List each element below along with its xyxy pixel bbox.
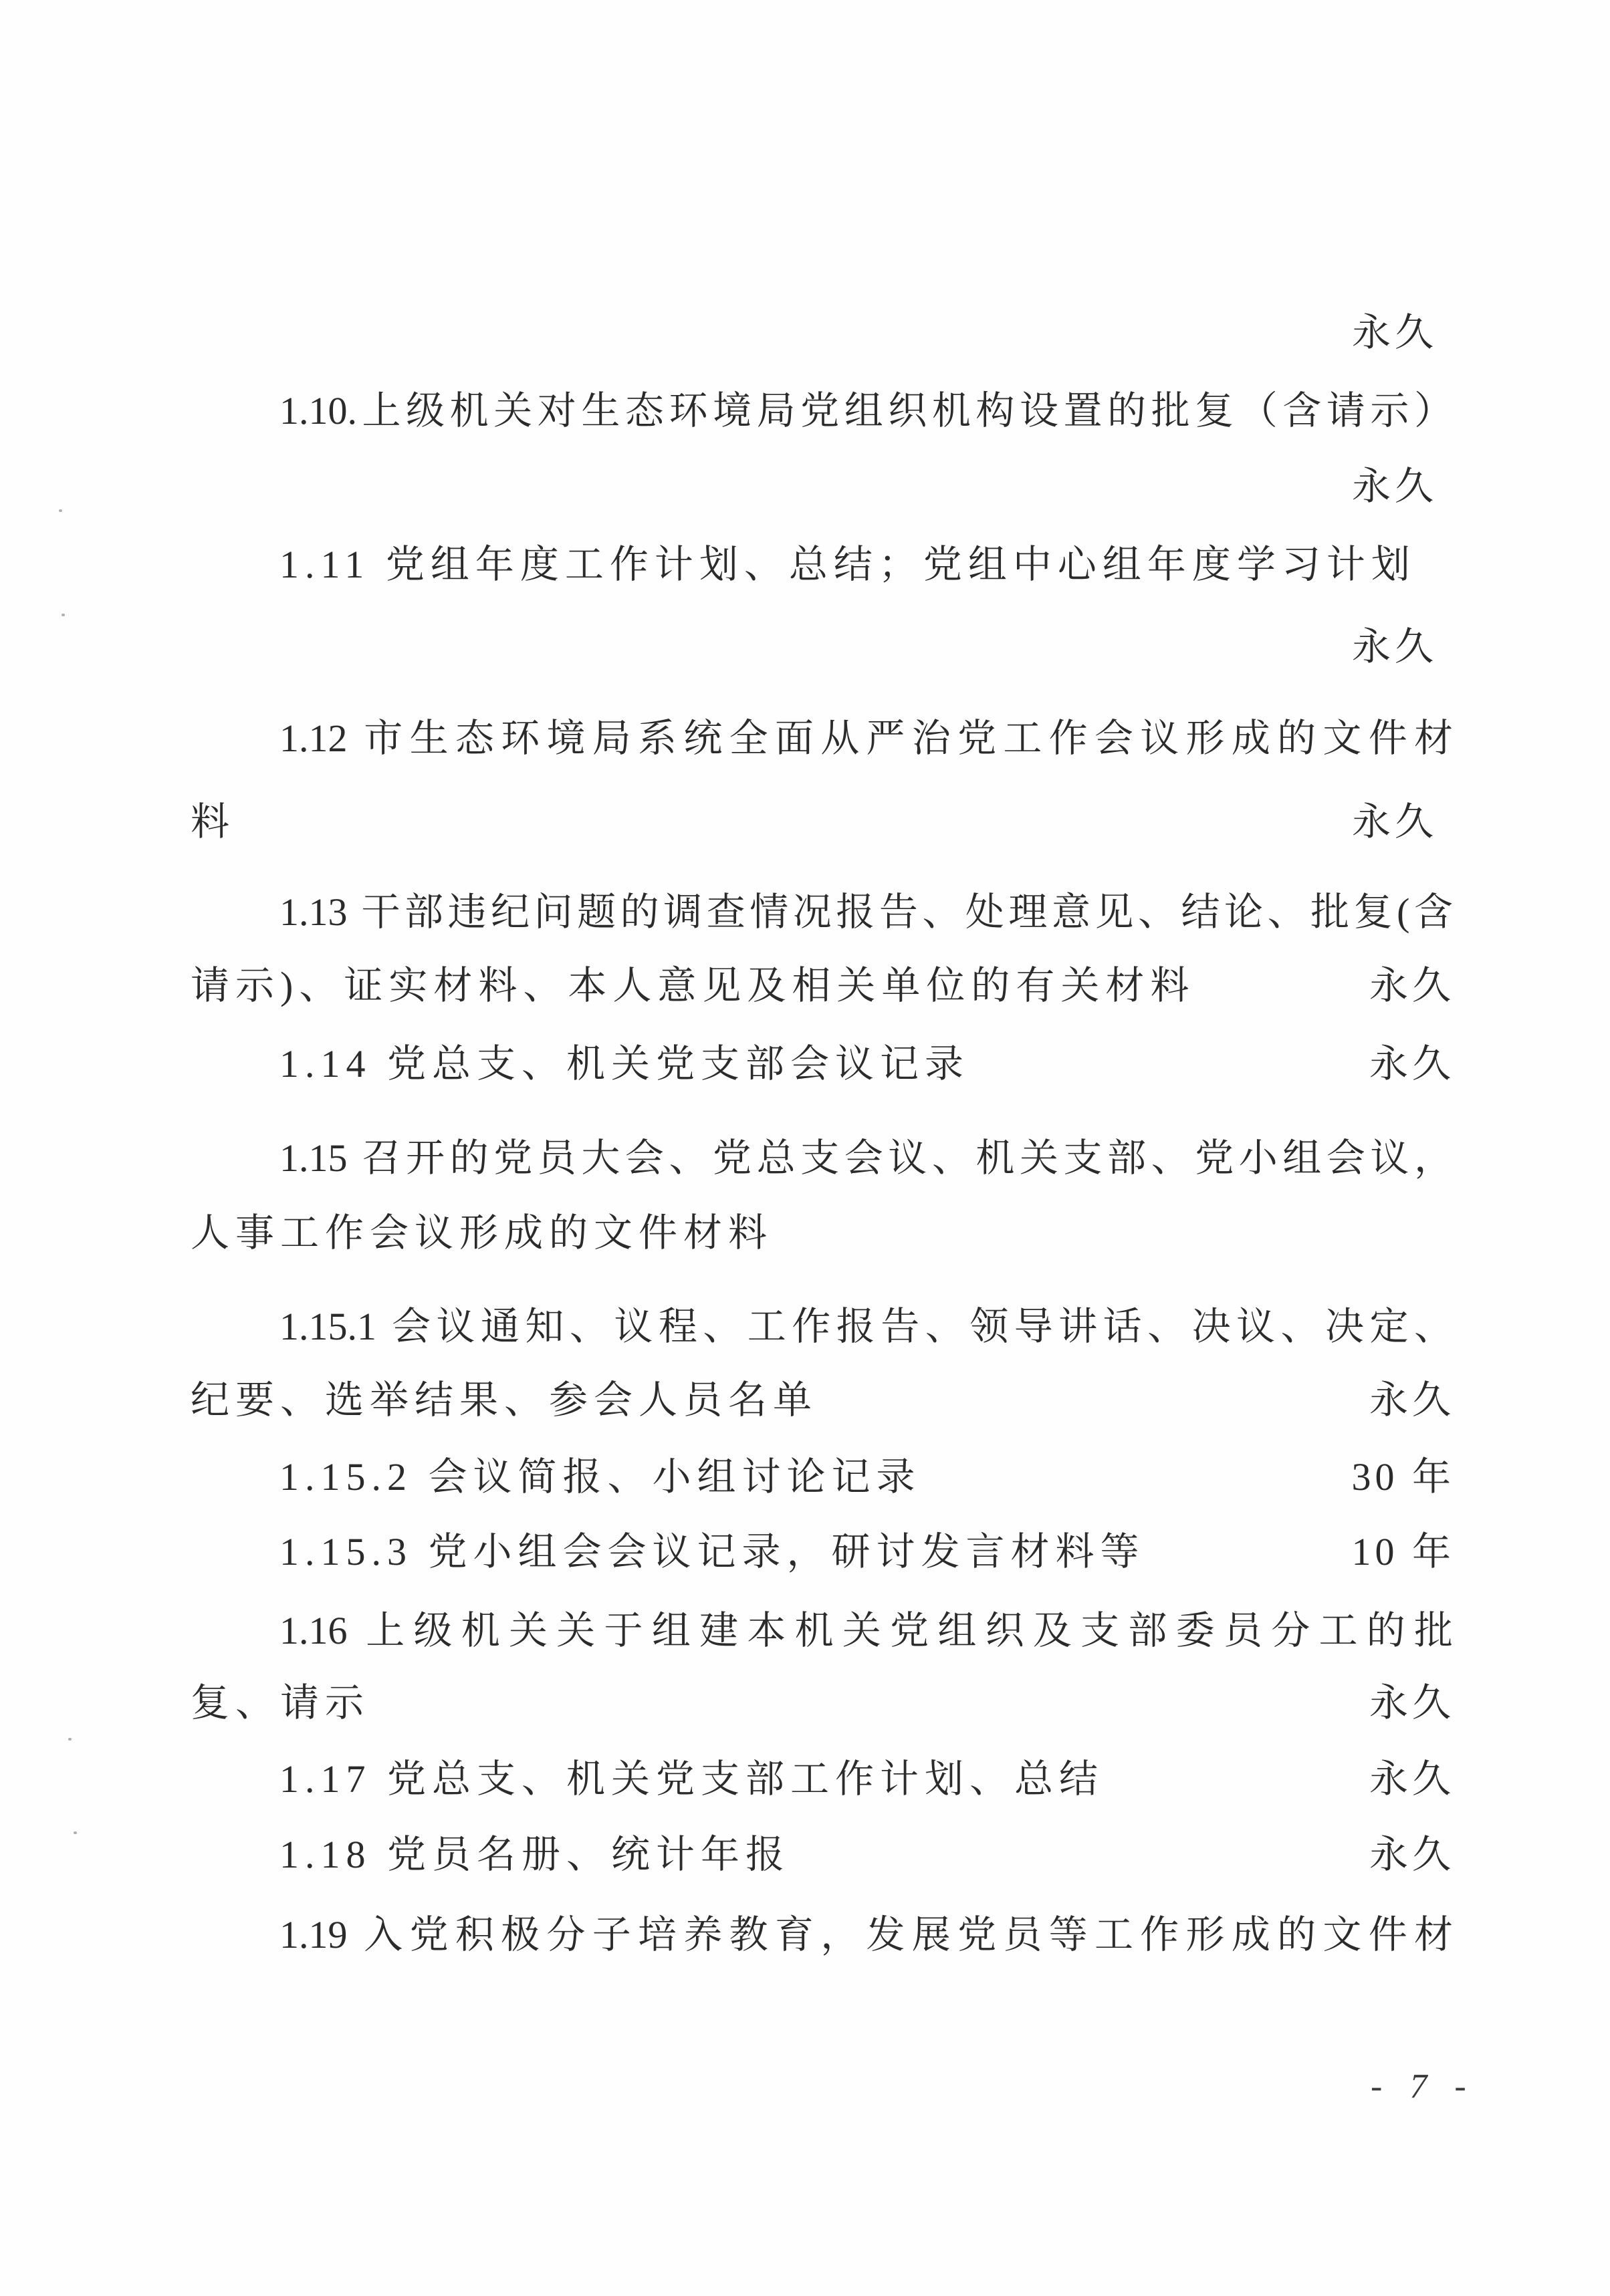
list-item-1-15-2: 1.15.2 会议简报、小组讨论记录 (279, 1450, 921, 1504)
retention-period: 永久 (1352, 795, 1437, 849)
retention-period: 永久 (1369, 959, 1455, 1013)
list-item-1-12-continuation: 料 (191, 795, 235, 849)
page-number: - 7 - (1371, 2065, 1476, 2108)
list-item-1-15-1: 1.15.1 会议通知、议程、工作报告、领导讲话、决议、决定、 (279, 1300, 1453, 1354)
retention-period: 永久 (1369, 1037, 1455, 1091)
scan-speck (68, 1738, 72, 1741)
scan-speck (74, 1831, 77, 1834)
document-page: 永久 1.10.上级机关对生态环境局党组织机构设置的批复（含请示） 永久 1.1… (0, 0, 1610, 2296)
list-item-1-11: 1.11 党组年度工作计划、总结；党组中心组年度学习计划 (279, 538, 1416, 592)
retention-period: 永久 (1369, 1374, 1455, 1427)
list-item-1-14: 1.14 党总支、机关党支部会议记录 (279, 1037, 969, 1091)
list-item-1-16-continuation: 复、请示 (191, 1676, 370, 1730)
retention-period: 永久 (1369, 1753, 1455, 1806)
retention-period: 30 年 (1351, 1450, 1455, 1504)
retention-period: 永久 (1369, 1828, 1455, 1882)
list-item-1-15: 1.15 召开的党员大会、党总支会议、机关支部、党小组会议， (279, 1132, 1453, 1185)
scan-speck (62, 614, 65, 616)
list-item-1-16: 1.16 上级机关关于组建本机关党组织及支部委员分工的批 (279, 1604, 1453, 1658)
retention-period: 永久 (1352, 306, 1437, 360)
scan-speck (59, 509, 62, 512)
list-item-1-13: 1.13 干部违纪问题的调查情况报告、处理意见、结论、批复(含 (279, 886, 1453, 939)
list-item-1-19: 1.19 入党积极分子培养教育，发展党员等工作形成的文件材 (279, 1908, 1453, 1962)
list-item-1-15-continuation: 人事工作会议形成的文件材料 (191, 1206, 773, 1260)
retention-period: 10 年 (1351, 1525, 1455, 1579)
retention-period: 永久 (1352, 460, 1437, 513)
list-item-1-13-continuation: 请示)、证实材料、本人意见及相关单位的有关材料 (191, 959, 1195, 1013)
list-item-1-15-1-continuation: 纪要、选举结果、参会人员名单 (191, 1374, 818, 1427)
list-item-1-12: 1.12 市生态环境局系统全面从严治党工作会议形成的文件材 (279, 712, 1453, 765)
list-item-1-10: 1.10.上级机关对生态环境局党组织机构设置的批复（含请示） (279, 384, 1453, 438)
list-item-1-15-3: 1.15.3 党小组会会议记录，研讨发言材料等 (279, 1525, 1145, 1579)
list-item-1-18: 1.18 党员名册、统计年报 (279, 1828, 790, 1882)
retention-period: 永久 (1352, 620, 1437, 674)
retention-period: 永久 (1369, 1676, 1455, 1730)
list-item-1-17: 1.17 党总支、机关党支部工作计划、总结 (279, 1753, 1104, 1806)
